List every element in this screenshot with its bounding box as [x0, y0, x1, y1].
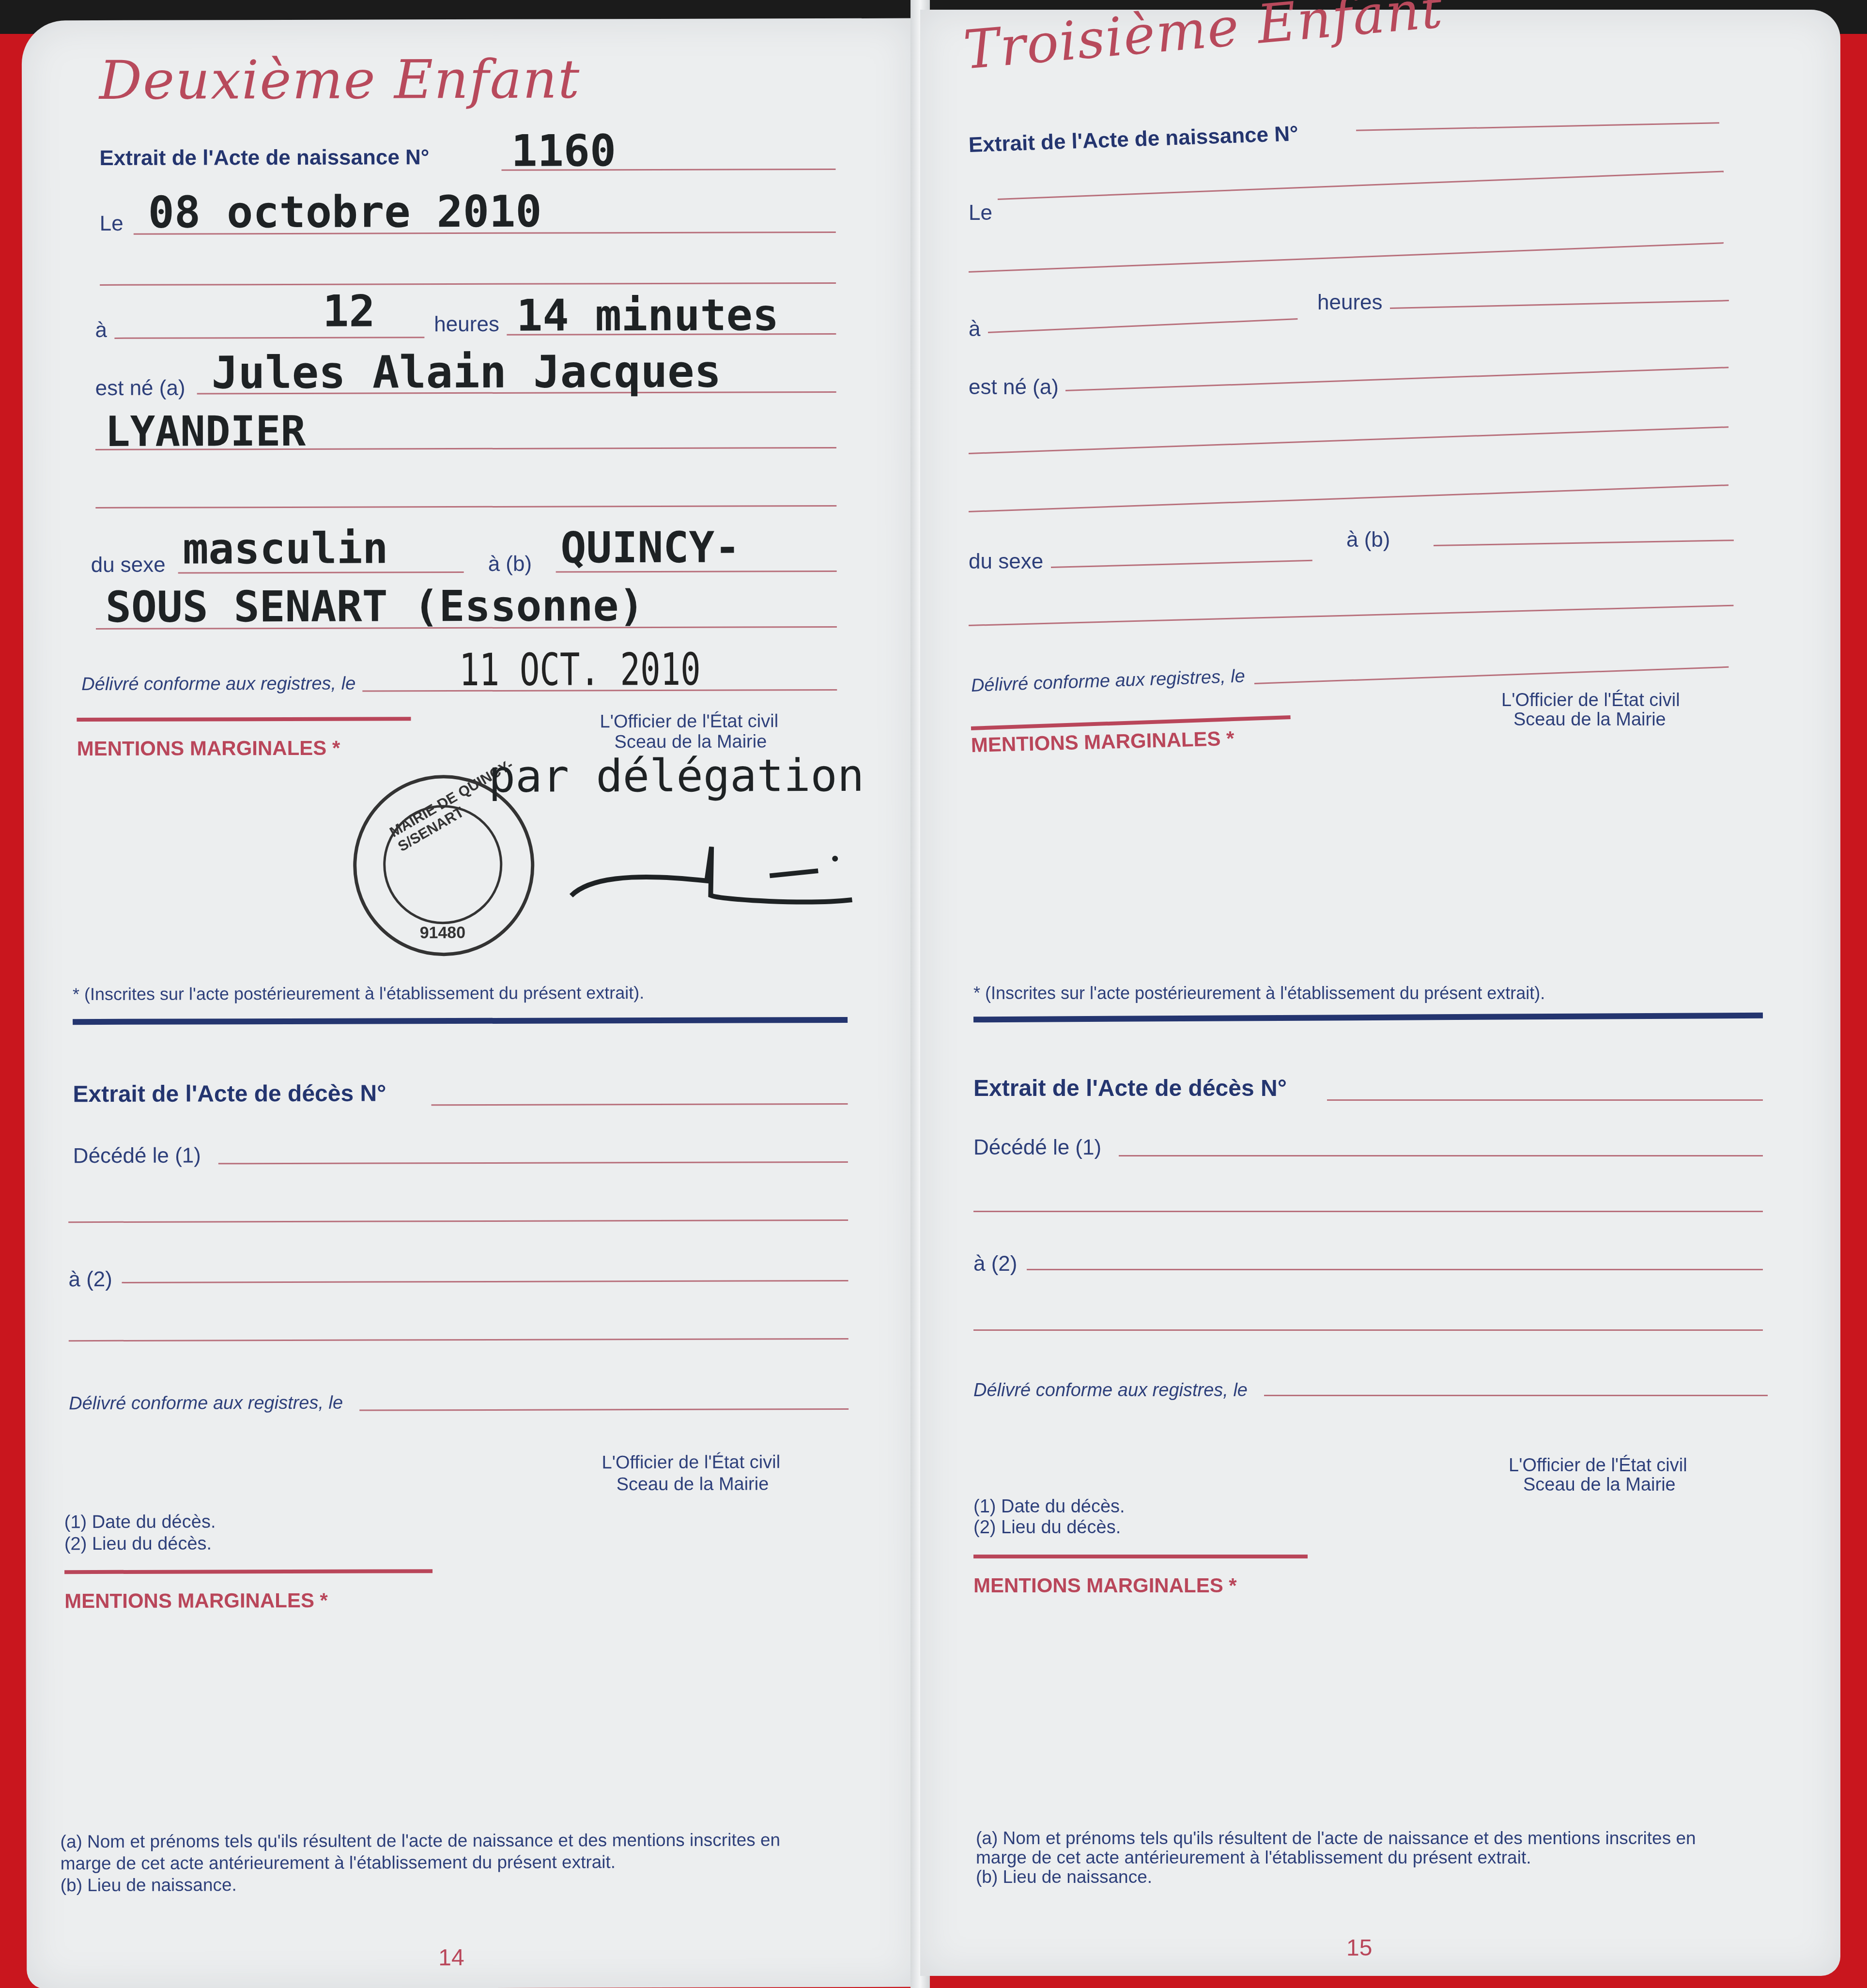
field-line — [1434, 539, 1734, 546]
death-extract-label: Extrait de l'Acte de décès N° — [973, 1075, 1287, 1102]
footnote-a-cont: marge de cet acte antérieurement à l'éta… — [61, 1852, 616, 1874]
field-line — [969, 484, 1728, 512]
page-number: 15 — [1346, 1935, 1372, 1961]
field-line — [988, 318, 1298, 333]
death-extract-label: Extrait de l'Acte de décès N° — [73, 1080, 386, 1108]
issued-label: Délivré conforme aux registres, le — [971, 666, 1245, 696]
officer-label: L'Officier de l'État civil — [1501, 690, 1680, 711]
field-line — [1119, 1155, 1763, 1156]
sex-label: du sexe — [969, 550, 1043, 574]
page-number: 14 — [438, 1944, 464, 1971]
field-line — [1254, 666, 1729, 684]
place-label: à (b) — [1346, 528, 1390, 552]
born-label: est né (a) — [95, 376, 185, 401]
page-title: Troisième Enfant — [961, 0, 1445, 81]
field-line — [432, 1103, 848, 1106]
officer-label: L'Officier de l'État civil — [600, 711, 778, 732]
deceased-label: Décédé le (1) — [73, 1143, 201, 1168]
section-divider — [973, 1013, 1763, 1023]
seal-label: Sceau de la Mairie — [1513, 709, 1666, 730]
field-line — [359, 1408, 849, 1411]
divider — [64, 1569, 432, 1574]
field-line — [1327, 1099, 1763, 1101]
death-officer-label: L'Officier de l'État civil — [1509, 1455, 1687, 1476]
death-mentions-label: MENTIONS MARGINALES * — [64, 1589, 328, 1613]
place-value-line2[interactable]: SOUS SENART (Essonne) — [106, 581, 645, 632]
divider — [971, 715, 1291, 730]
footnote-a-cont: marge de cet acte antérieurement à l'éta… — [976, 1848, 1531, 1868]
birth-date-value[interactable]: 08 octobre 2010 — [148, 186, 542, 238]
place-label: à (b) — [488, 552, 532, 576]
field-line — [68, 1219, 848, 1223]
birth-extract-label: Extrait de l'Acte de naissance N° — [99, 145, 429, 170]
field-line — [218, 1161, 848, 1164]
footnote-a: (a) Nom et prénoms tels qu'ils résultent… — [60, 1830, 780, 1852]
birth-date-label: Le — [100, 212, 123, 236]
birth-extract-label: Extrait de l'Acte de naissance N° — [968, 122, 1298, 157]
born-label: est né (a) — [969, 375, 1059, 400]
field-line — [95, 505, 836, 509]
death-note-2: (2) Lieu du décès. — [64, 1533, 212, 1555]
death-mentions-label: MENTIONS MARGINALES * — [973, 1574, 1237, 1597]
field-line — [1065, 367, 1728, 391]
page-14: Deuxième Enfant Extrait de l'Acte de nai… — [22, 18, 918, 1988]
page-15: Troisième Enfant Extrait de l'Acte de na… — [920, 10, 1840, 1976]
mentions-marginales-label: MENTIONS MARGINALES * — [77, 737, 340, 760]
field-line — [1390, 300, 1729, 309]
birth-extract-number[interactable]: 1160 — [511, 125, 616, 177]
field-line — [969, 426, 1728, 454]
birth-at-label: à — [969, 317, 980, 341]
death-issued-label: Délivré conforme aux registres, le — [69, 1393, 343, 1414]
divider — [973, 1555, 1308, 1558]
footnote-b: (b) Lieu de naissance. — [61, 1875, 237, 1896]
field-line — [969, 605, 1734, 626]
footnote-asterisk: * (Inscrites sur l'acte postérieurement … — [73, 983, 644, 1004]
issued-label: Délivré conforme aux registres, le — [81, 674, 355, 695]
death-note-2: (2) Lieu du décès. — [973, 1517, 1121, 1538]
section-divider — [73, 1017, 848, 1025]
divider — [77, 717, 411, 722]
sex-label: du sexe — [91, 553, 166, 577]
field-line — [1356, 122, 1719, 131]
birth-minutes-value[interactable]: 14 minutes — [516, 290, 779, 341]
footnote-asterisk: * (Inscrites sur l'acte postérieurement … — [973, 983, 1545, 1003]
birth-hours-value[interactable]: 12 — [323, 286, 375, 337]
field-line — [973, 1329, 1763, 1331]
footnote-b: (b) Lieu de naissance. — [976, 1867, 1152, 1887]
officer-signature — [566, 842, 857, 915]
death-note-1: (1) Date du décès. — [973, 1496, 1125, 1517]
death-note-1: (1) Date du décès. — [64, 1511, 216, 1533]
death-at-label: à (2) — [68, 1267, 112, 1292]
death-issued-label: Délivré conforme aux registres, le — [973, 1380, 1248, 1401]
death-at-label: à (2) — [973, 1252, 1017, 1276]
field-line — [114, 337, 424, 339]
sex-value[interactable]: masculin — [183, 523, 388, 573]
death-officer-label: L'Officier de l'État civil — [602, 1452, 780, 1473]
death-seal-label: Sceau de la Mairie — [1523, 1475, 1676, 1495]
field-line — [1264, 1395, 1768, 1396]
field-line — [1051, 560, 1312, 568]
deceased-label: Décédé le (1) — [973, 1136, 1101, 1160]
delegation-note: par délégation — [489, 750, 864, 802]
birth-date-label: Le — [969, 201, 992, 225]
hours-label: heures — [434, 312, 499, 337]
field-line — [100, 282, 836, 286]
field-line — [69, 1338, 849, 1341]
footnote-a: (a) Nom et prénoms tels qu'ils résultent… — [976, 1828, 1696, 1849]
field-line — [998, 170, 1724, 200]
child-surname[interactable]: LYANDIER — [105, 407, 306, 456]
field-line — [122, 1280, 849, 1283]
mentions-marginales-label: MENTIONS MARGINALES * — [971, 727, 1234, 757]
death-seal-label: Sceau de la Mairie — [617, 1474, 769, 1495]
birth-at-label: à — [95, 318, 107, 342]
stamp-postcode: 91480 — [420, 924, 466, 942]
issued-date-stamp[interactable]: 11 OCT. 2010 — [459, 644, 701, 696]
field-line — [1027, 1269, 1763, 1270]
place-value-line1[interactable]: QUINCY- — [560, 523, 740, 573]
hours-label: heures — [1317, 291, 1383, 315]
child-given-names[interactable]: Jules Alain Jacques — [211, 346, 721, 399]
page-title: Deuxième Enfant — [99, 48, 581, 111]
field-line — [969, 242, 1724, 273]
field-line — [973, 1211, 1763, 1212]
